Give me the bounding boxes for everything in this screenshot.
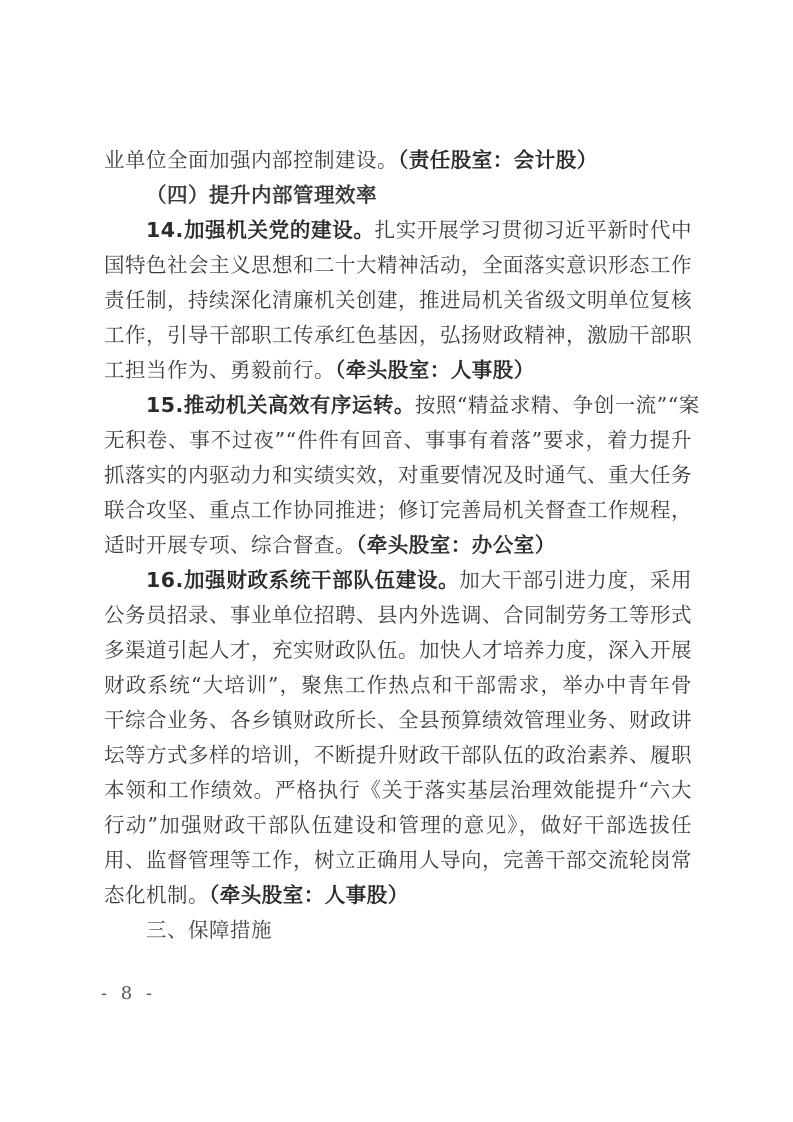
item15-first-line: 15.推动机关高效有序运转。按照“精益求精、争创一流”“案 xyxy=(104,388,692,423)
item16-text: 加大干部引进力度，采用 xyxy=(459,568,692,592)
intro-text: 业单位全面加强内部控制建设。 xyxy=(104,148,398,172)
item16-line: 干综合业务、各乡镇财政所长、全县预算绩效管理业务、财政讲 xyxy=(104,703,692,738)
item16-line: 用、监督管理等工作，树立正确用人导向，完善干部交流轮岗常 xyxy=(104,843,692,878)
page-number: - 8 - xyxy=(101,983,156,1004)
item16-line: 多渠道引起人才，充实财政队伍。加快人才培养力度，深入开展 xyxy=(104,633,692,668)
item15-line: 联合攻坚、重点工作协同推进；修订完善局机关督查工作规程， xyxy=(104,493,692,528)
item15-text: 适时开展专项、综合督查。 xyxy=(104,533,356,557)
document-page: 业单位全面加强内部控制建设。（责任股室：会计股） （四）提升内部管理效率 14.… xyxy=(104,143,692,948)
item14-last-line: 工担当作为、勇毅前行。（牵头股室：人事股） xyxy=(104,353,692,388)
item14-line: 工作，引导干部职工传承红色基因，弘扬财政精神，激励干部职 xyxy=(104,318,692,353)
responsible-dept: （牵头股室：人事股） xyxy=(335,358,535,382)
item14-first-line: 14.加强机关党的建设。扎实开展学习贯彻习近平新时代中 xyxy=(104,213,692,248)
item16-text: 态化机制。 xyxy=(104,883,209,907)
item14-text: 工担当作为、勇毅前行。 xyxy=(104,358,335,382)
section-heading-3: 三、保障措施 xyxy=(104,913,692,948)
responsible-dept: （牵头股室：办公室） xyxy=(356,533,556,557)
item15-line: 抓落实的内驱动力和实绩实效，对重要情况及时通气、重大任务 xyxy=(104,458,692,493)
item15-last-line: 适时开展专项、综合督查。（牵头股室：办公室） xyxy=(104,528,692,563)
item14-line: 国特色社会主义思想和二十大精神活动，全面落实意识形态工作 xyxy=(104,248,692,283)
item16-first-line: 16.加强财政系统干部队伍建设。加大干部引进力度，采用 xyxy=(104,563,692,598)
item15-title: 15.推动机关高效有序运转。 xyxy=(146,393,415,417)
item14-text: 扎实开展学习贯彻习近平新时代中 xyxy=(375,218,692,242)
intro-line: 业单位全面加强内部控制建设。（责任股室：会计股） xyxy=(104,143,692,178)
item15-text: 按照“精益求精、争创一流”“案 xyxy=(415,393,700,417)
item16-line: 行动”加强财政干部队伍建设和管理的意见》，做好干部选拔任 xyxy=(104,808,692,843)
item16-line: 公务员招录、事业单位招聘、县内外选调、合同制劳务工等形式 xyxy=(104,598,692,633)
item14-title: 14.加强机关党的建设。 xyxy=(146,218,375,242)
responsible-dept: （牵头股室：人事股） xyxy=(209,883,409,907)
item16-title: 16.加强财政系统干部队伍建设。 xyxy=(146,568,459,592)
responsible-dept: （责任股室：会计股） xyxy=(398,148,598,172)
item16-line: 财政系统“大培训”，聚焦工作热点和干部需求，举办中青年骨 xyxy=(104,668,692,703)
item16-last-line: 态化机制。（牵头股室：人事股） xyxy=(104,878,692,913)
item16-line: 本领和工作绩效。严格执行《关于落实基层治理效能提升“六大 xyxy=(104,773,692,808)
item15-line: 无积卷、事不过夜”“件件有回音、事事有着落”要求，着力提升 xyxy=(104,423,692,458)
item16-line: 坛等方式多样的培训，不断提升财政干部队伍的政治素养、履职 xyxy=(104,738,692,773)
item14-line: 责任制，持续深化清廉机关创建，推进局机关省级文明单位复核 xyxy=(104,283,692,318)
section-heading-4: （四）提升内部管理效率 xyxy=(104,178,692,213)
